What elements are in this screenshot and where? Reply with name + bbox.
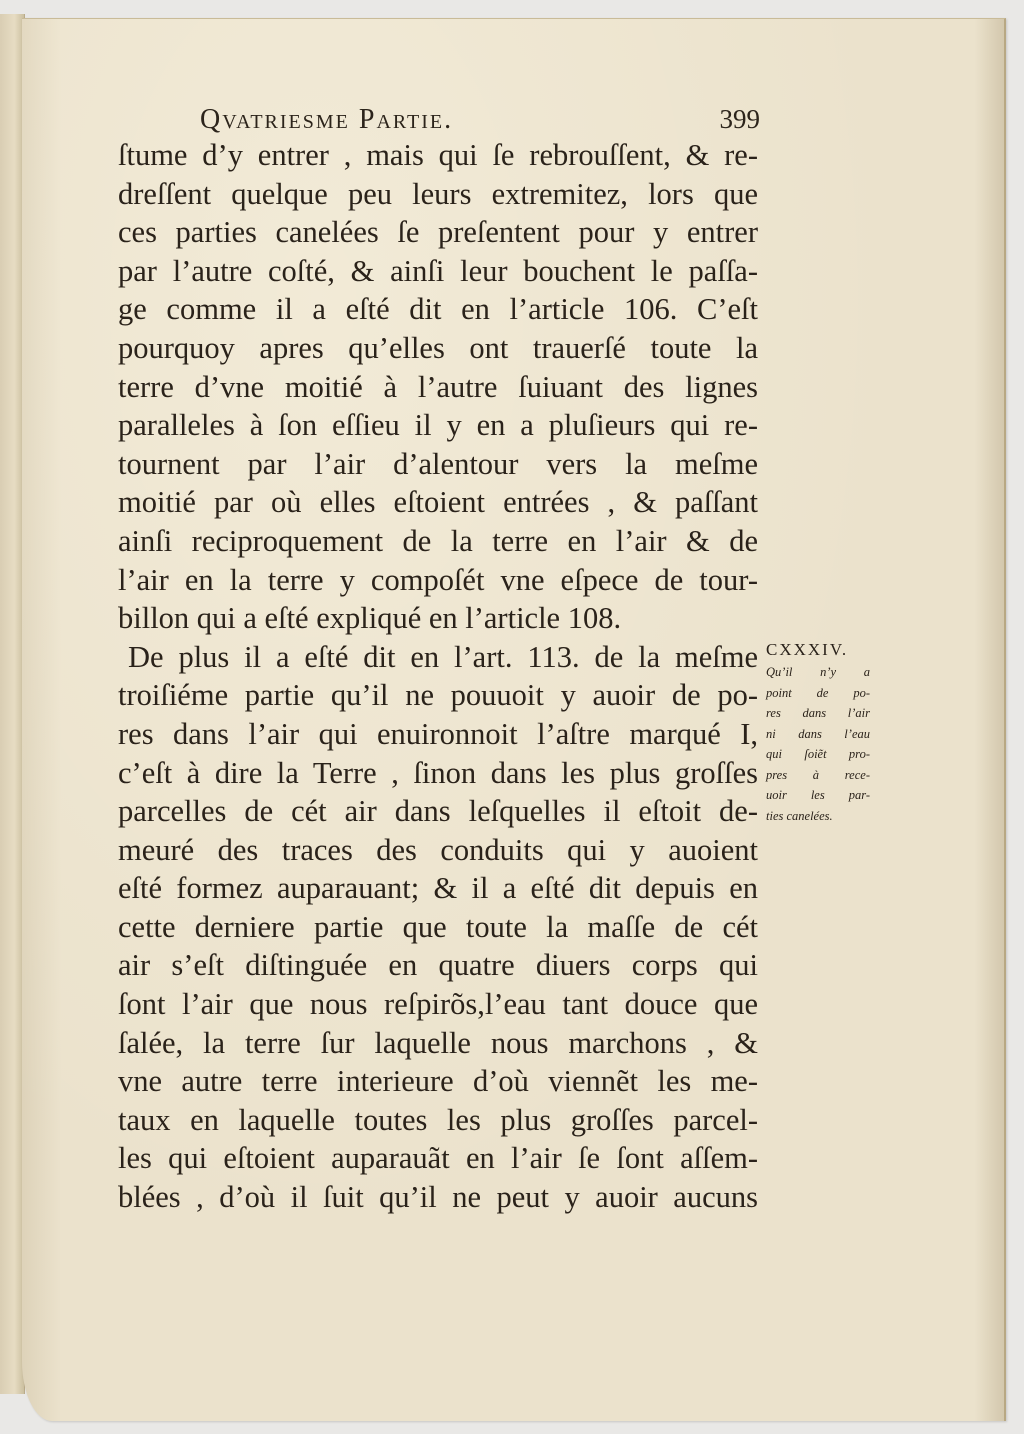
text-line: troiſiéme partie qu’il ne pouuoit y auoi… (118, 676, 758, 715)
text-line: air s’eſt diſtinguée en quatre diuers co… (118, 946, 758, 985)
text-line: par l’autre coſté, & ainſi leur bouchent… (118, 252, 758, 291)
text-line: ſalée, la terre ſur laquelle nous marcho… (118, 1024, 758, 1063)
text-line: ſont l’air que nous reſpirõs,l’eau tant … (118, 985, 758, 1024)
text-line: cette derniere partie que toute la maſſe… (118, 908, 758, 947)
text-line: vne autre terre interieure d’où viennẽt … (118, 1062, 758, 1101)
margin-note-line: res dans l’air (766, 703, 870, 724)
text-line: meuré des traces des conduits qui y auoi… (118, 831, 758, 870)
text-line: tournent par l’air d’alentour vers la me… (118, 445, 758, 484)
margin-note-line: point de po- (766, 683, 870, 704)
text-line: l’air en la terre y compoſét vne eſpece … (118, 561, 758, 600)
text-line: dreſſent quelque peu leurs extremitez, l… (118, 175, 758, 214)
margin-note-line: qui ſoiẽt pro- (766, 744, 870, 765)
text-line: moitié par où elles eſtoient entrées , &… (118, 483, 758, 522)
text-line: les qui eſtoient auparauãt en l’air ſe ſ… (118, 1139, 758, 1178)
text-line: eſté formez auparauant; & il a eſté dit … (118, 869, 758, 908)
text-line: ge comme il a eſté dit en l’article 106.… (118, 290, 758, 329)
text-line: res dans l’air qui enuironnoit l’aſtre m… (118, 715, 758, 754)
text-line: paralleles à ſon eſſieu il y en a pluſie… (118, 406, 758, 445)
margin-note-line: ties canelées. (766, 806, 870, 827)
margin-note-line: pres à rece- (766, 765, 870, 786)
margin-note-line: Qu’il n’y a (766, 662, 870, 683)
text-line: billon qui a eſté expliqué en l’article … (118, 599, 758, 638)
margin-note-line: ni dans l’eau (766, 724, 870, 745)
margin-note: CXXXIV. Qu’il n’y a point de po- res dan… (766, 640, 876, 826)
text-line: ſtume d’y entrer , mais qui ſe rebrouſſe… (118, 136, 758, 175)
paragraph-start-line: De plus il a eſté dit en l’art. 113. de … (118, 638, 758, 677)
running-title: Qvatriesme Partie. (200, 104, 453, 136)
text-line: ces parties canelées ſe preſentent pour … (118, 213, 758, 252)
margin-note-line: uoir les par- (766, 785, 870, 806)
body-text: ſtume d’y entrer , mais qui ſe rebrouſſe… (118, 136, 758, 1217)
text-line: pourquoy apres qu’elles ont trauerſé tou… (118, 329, 758, 368)
text-line: parcelles de cét air dans leſquelles il … (118, 792, 758, 831)
text-line: blées , d’où il ſuit qu’il ne peut y auo… (118, 1178, 758, 1217)
page-number: 399 (720, 104, 761, 135)
text-line: c’eſt à dire la Terre , ſinon dans les p… (118, 754, 758, 793)
text-line: ainſi reciproquement de la terre en l’ai… (118, 522, 758, 561)
text-line: terre d’vne moitié à l’autre ſuiuant des… (118, 368, 758, 407)
article-number: CXXXIV. (766, 640, 876, 660)
text-line: taux en laquelle toutes les plus groſſes… (118, 1101, 758, 1140)
